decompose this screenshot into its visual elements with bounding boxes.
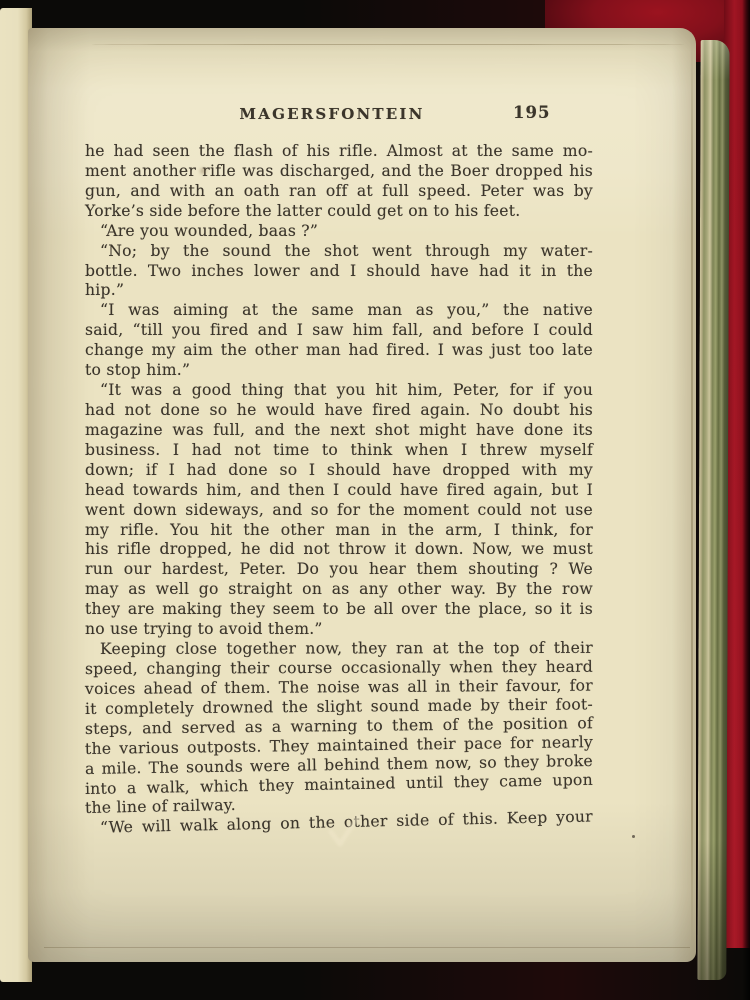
running-header: MAGERSFONTEIN 195 (85, 105, 593, 127)
text-line: “No; by the sound the shot went through … (85, 242, 593, 262)
underpage-edge-bottom (44, 947, 690, 948)
text-line: run our hardest, Peter. Do you hear them… (85, 560, 593, 580)
text-line: down; if I had done so I should have dro… (85, 461, 593, 481)
text-line: had not done so he would have fired agai… (85, 401, 593, 421)
text-line: bottle. Two inches lower and I should ha… (85, 262, 593, 282)
ink-speck (632, 835, 635, 838)
running-title: MAGERSFONTEIN (78, 105, 586, 123)
scanned-page: MAGERSFONTEIN 195 he had seen the flash … (28, 28, 696, 962)
text-line: they are making they seem to be all over… (85, 600, 593, 620)
text-line: no use trying to avoid them.” (85, 620, 593, 640)
text-line: gun, and with an oath ran off at full sp… (85, 182, 593, 202)
text-line: went down sideways, and so for the momen… (85, 501, 593, 521)
underpage-edge-top (90, 44, 686, 45)
scan-right-shadow (742, 0, 750, 1000)
text-line: may as well go straight on as any other … (85, 580, 593, 600)
fore-edge-page-stack (697, 40, 729, 980)
page-text: he had seen the flash of his rifle. Almo… (85, 142, 593, 839)
page-number: 195 (513, 103, 550, 122)
text-line: “Are you wounded, baas ?” (85, 222, 593, 242)
text-line: to stop him.” (85, 361, 593, 381)
paper-smudge (200, 168, 206, 174)
page-right-crease (691, 40, 693, 952)
text-line: Yorke’s side before the latter could get… (85, 202, 593, 222)
text-line: ment another rifle was discharged, and t… (85, 162, 593, 182)
text-line: Keeping close together now, they ran at … (85, 639, 593, 660)
text-line: “It was a good thing that you hit him, P… (85, 381, 593, 401)
text-line: magazine was full, and the next shot mig… (85, 421, 593, 441)
text-line: said, “till you fired and I saw him fall… (85, 321, 593, 341)
text-line: change my aim the other man had fired. I… (85, 341, 593, 361)
text-line: head towards him, and then I could have … (85, 481, 593, 501)
text-line: his rifle dropped, he did not throw it d… (85, 540, 593, 560)
text-line: “I was aiming at the same man as you,” t… (85, 301, 593, 321)
text-line: he had seen the flash of his rifle. Almo… (85, 142, 593, 162)
book-scan-page: MAGERSFONTEIN 195 he had seen the flash … (0, 0, 750, 1000)
text-line: business. I had not time to think when I… (85, 441, 593, 461)
scan-ghost-mark (328, 814, 362, 854)
text-line: my rifle. You hit the other man in the a… (85, 521, 593, 541)
text-line: hip.” (85, 281, 593, 301)
